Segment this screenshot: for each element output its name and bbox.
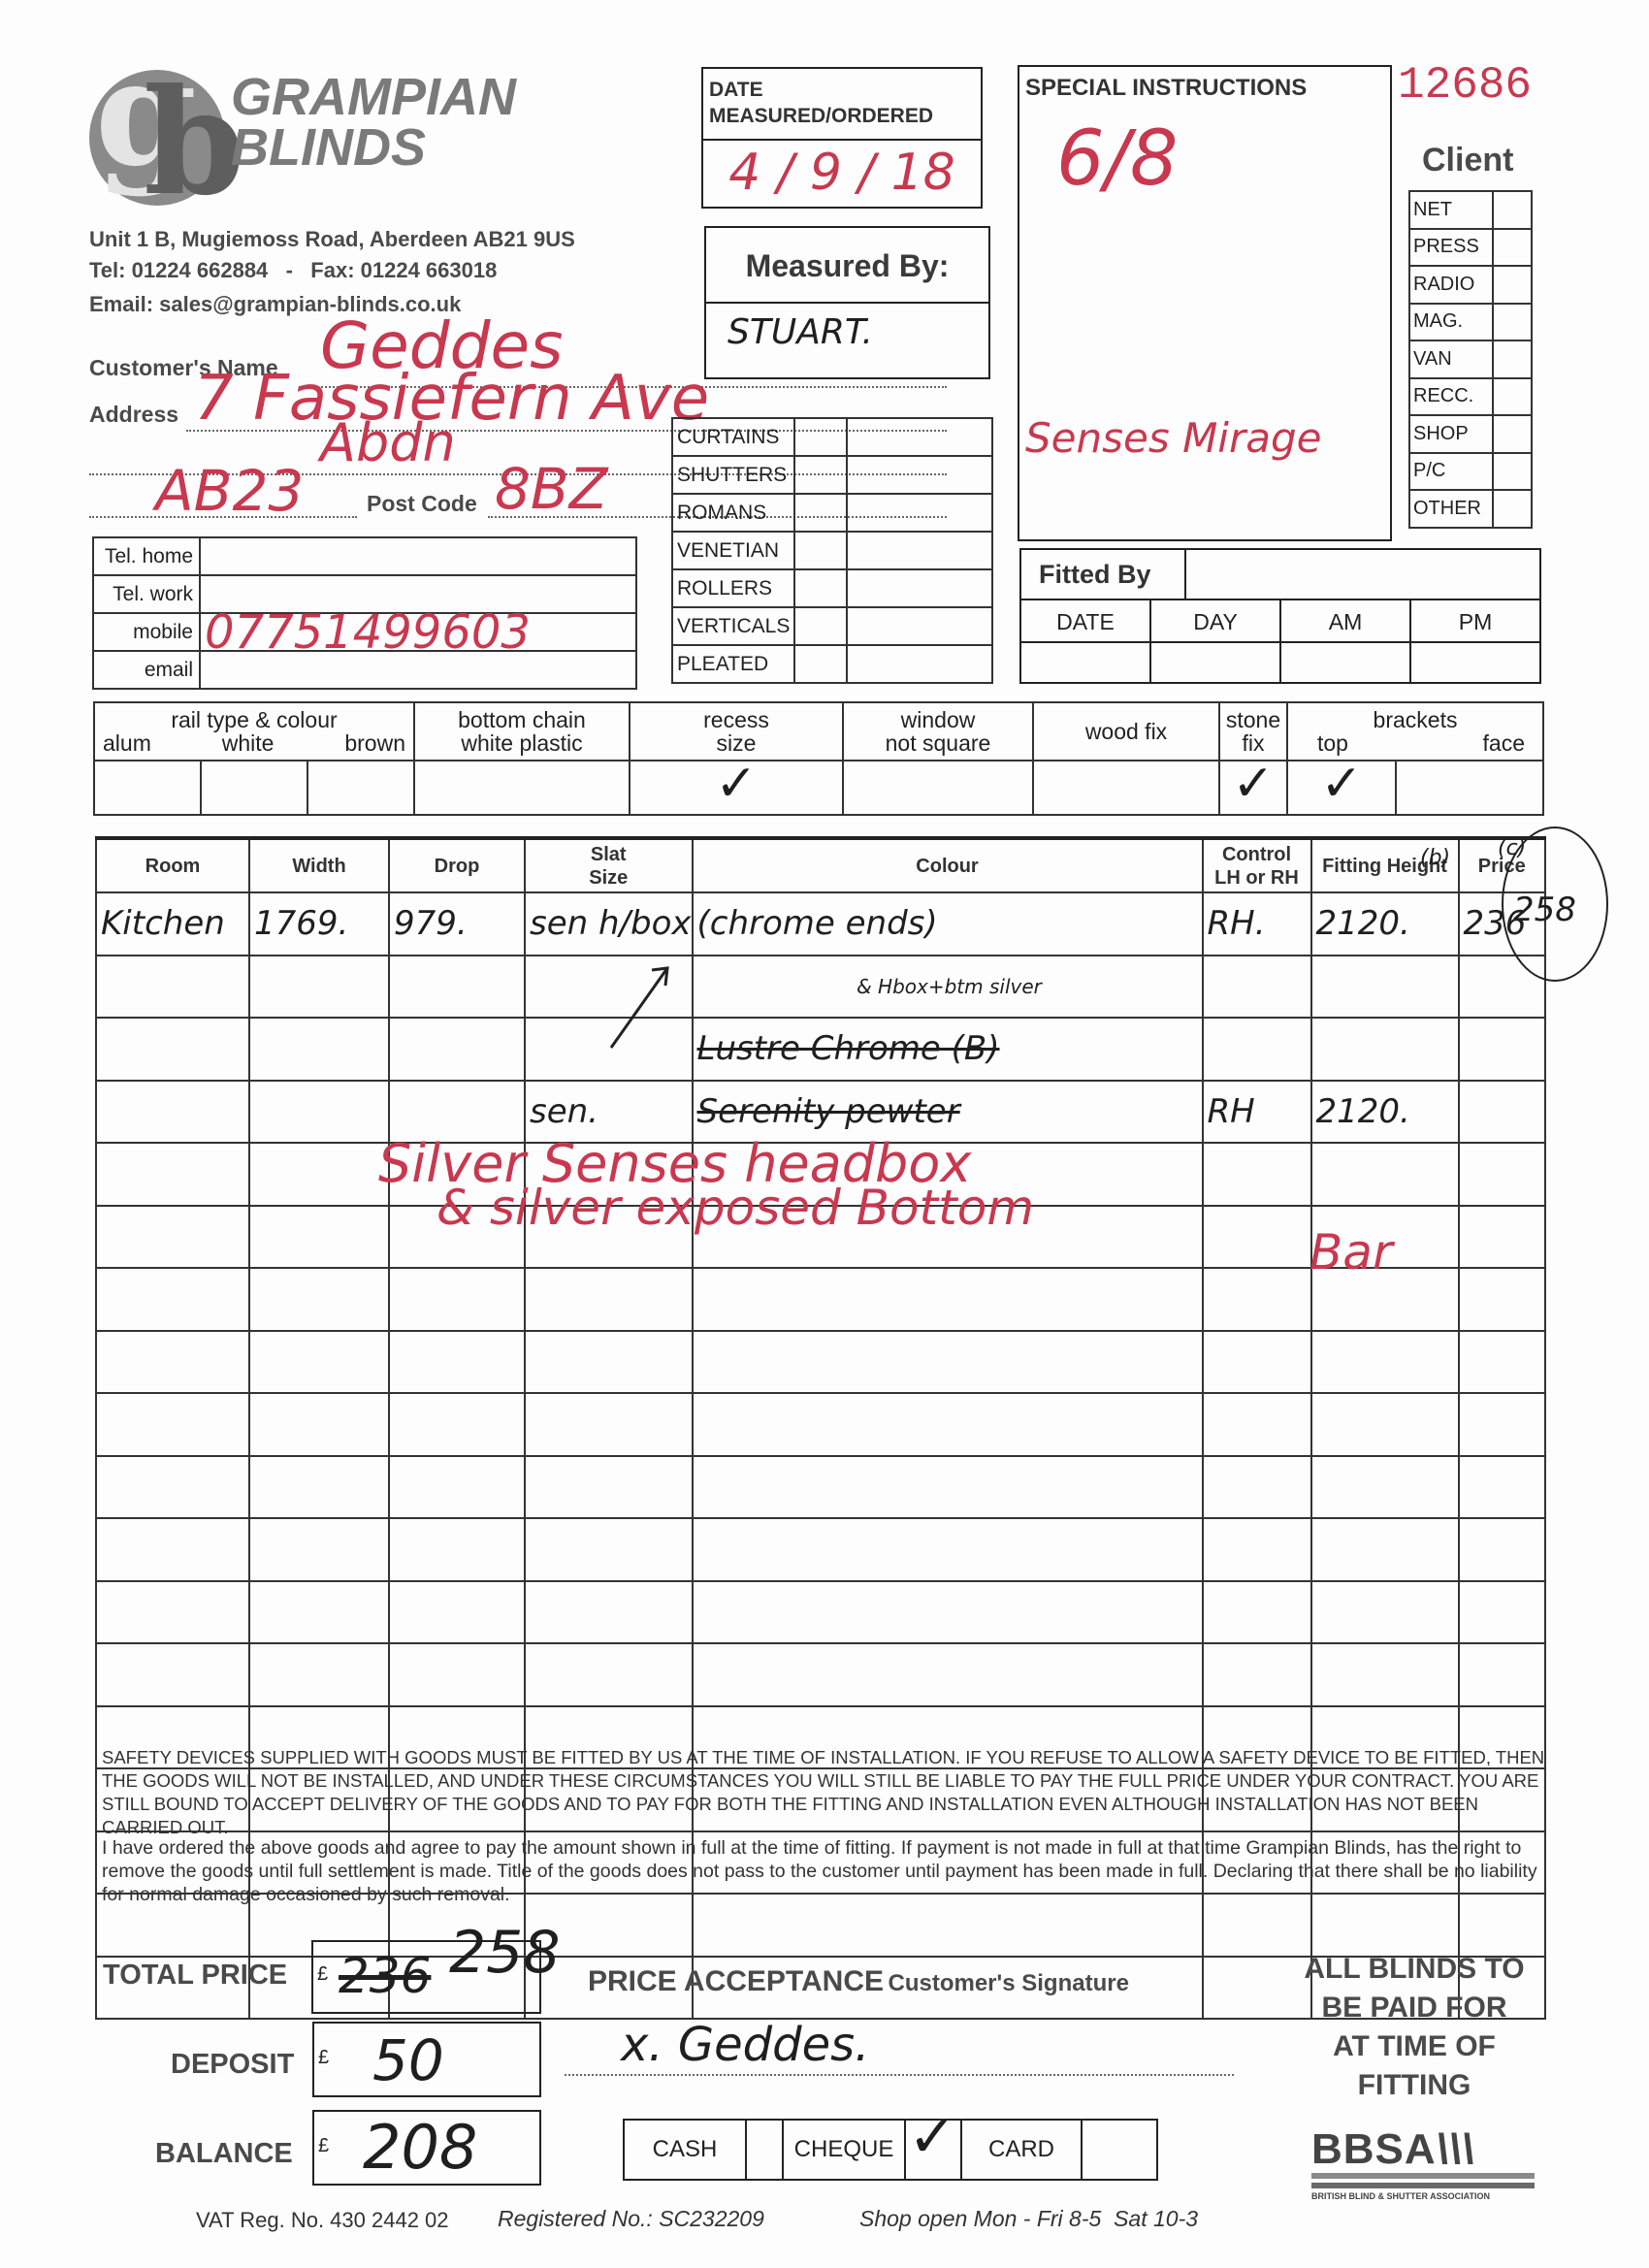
date-label: DATE bbox=[709, 77, 975, 103]
client-option-label: SHOP bbox=[1409, 415, 1493, 453]
product-type-label: PLEATED bbox=[672, 645, 794, 683]
cell-price[interactable] bbox=[1459, 1331, 1546, 1394]
contact-label: Tel. home bbox=[93, 537, 200, 575]
contact-row: mobile07751499603 bbox=[93, 613, 636, 651]
cell-width[interactable] bbox=[249, 1018, 389, 1081]
wood-fix-checkbox[interactable] bbox=[1033, 761, 1219, 815]
rail-alum-label: alum bbox=[103, 731, 151, 755]
client-label: Client bbox=[1422, 142, 1513, 179]
cell-fitting-height[interactable] bbox=[1311, 1456, 1459, 1519]
rail-alum-checkbox[interactable] bbox=[94, 761, 201, 815]
product-type-checkbox[interactable] bbox=[794, 494, 847, 532]
cell-fitting-height[interactable]: 2120. bbox=[1311, 1081, 1459, 1144]
client-option-row: P/C bbox=[1409, 453, 1532, 491]
cell-control[interactable] bbox=[1203, 1206, 1311, 1269]
special-instructions-note[interactable]: 6/8 bbox=[1056, 115, 1179, 203]
client-option-row: OTHER bbox=[1409, 490, 1532, 528]
cell-slat[interactable] bbox=[525, 1581, 693, 1644]
client-option-row: RADIO bbox=[1409, 266, 1532, 304]
cell-width[interactable] bbox=[249, 1206, 389, 1269]
brackets-top-checkbox[interactable]: ✓ bbox=[1287, 761, 1396, 815]
order-row bbox=[96, 1393, 1545, 1456]
measured-by-value[interactable]: STUART. bbox=[706, 304, 988, 362]
cell-control[interactable] bbox=[1203, 1518, 1311, 1581]
client-option-row: MAG. bbox=[1409, 304, 1532, 341]
cell-room[interactable] bbox=[96, 956, 249, 1019]
fitted-am-field[interactable] bbox=[1281, 643, 1411, 682]
cell-colour[interactable] bbox=[693, 1643, 1203, 1706]
cell-slat[interactable] bbox=[525, 1331, 693, 1394]
fitted-day-field[interactable] bbox=[1151, 643, 1281, 682]
fitted-pm-field[interactable] bbox=[1411, 643, 1539, 682]
cell-drop[interactable] bbox=[389, 1643, 525, 1706]
cell-width[interactable] bbox=[249, 1393, 389, 1456]
cell-price[interactable] bbox=[1459, 1393, 1546, 1456]
cell-room[interactable] bbox=[96, 1081, 249, 1144]
recess-size-checkbox[interactable]: ✓ bbox=[630, 761, 843, 815]
cell-room[interactable] bbox=[96, 1018, 249, 1081]
product-type-label: VENETIAN bbox=[672, 532, 794, 569]
contact-label: email bbox=[93, 651, 200, 689]
contact-row: Tel. home bbox=[93, 537, 636, 575]
payment-card-label: CARD bbox=[962, 2121, 1083, 2179]
client-source-table: NETPRESSRADIOMAG.VANRECC.SHOPP/COTHER bbox=[1408, 190, 1533, 529]
cell-room[interactable] bbox=[96, 1518, 249, 1581]
cell-drop[interactable] bbox=[389, 1331, 525, 1394]
rail-white-label: white bbox=[222, 731, 275, 755]
client-option-label: P/C bbox=[1409, 453, 1493, 491]
product-type-row: CURTAINS bbox=[672, 418, 992, 456]
cell-colour[interactable]: & Hbox+btm silver bbox=[693, 956, 1203, 1019]
options-table: rail type & colour alum white brown bott… bbox=[93, 701, 1544, 816]
balance-label: BALANCE bbox=[155, 2138, 293, 2170]
fitted-day-label: DAY bbox=[1151, 600, 1281, 641]
check-icon: ✓ bbox=[1320, 756, 1363, 812]
cell-fitting-height[interactable] bbox=[1311, 1581, 1459, 1644]
cell-room[interactable] bbox=[96, 1456, 249, 1519]
cell-fitting-height[interactable] bbox=[1311, 1393, 1459, 1456]
product-type-checkbox[interactable] bbox=[794, 456, 847, 494]
fitted-date-field[interactable] bbox=[1021, 643, 1151, 682]
product-type-row: SHUTTERS bbox=[672, 456, 992, 494]
product-type-notes[interactable] bbox=[847, 456, 992, 494]
registered-number: Registered No.: SC232209 bbox=[498, 2206, 764, 2232]
client-option-label: OTHER bbox=[1409, 490, 1493, 528]
col-slat-size: SlatSize bbox=[525, 838, 693, 892]
client-option-checkbox[interactable] bbox=[1493, 453, 1532, 491]
product-type-row: VENETIAN bbox=[672, 532, 992, 569]
cell-room[interactable] bbox=[96, 1143, 249, 1206]
payment-method-box: CASH CHEQUE ✓ CARD bbox=[623, 2119, 1158, 2181]
address-label: Address bbox=[89, 402, 178, 428]
company-phone: Tel: 01224 662884 - Fax: 01224 663018 bbox=[89, 258, 497, 283]
postcode-label: Post Code bbox=[367, 491, 477, 517]
cell-price[interactable] bbox=[1459, 1081, 1546, 1144]
product-type-checkbox[interactable] bbox=[794, 418, 847, 456]
cell-control[interactable] bbox=[1203, 1581, 1311, 1644]
price-alt-value[interactable]: 258 bbox=[1513, 891, 1576, 929]
product-type-notes[interactable] bbox=[847, 645, 992, 683]
cell-fitting-height[interactable] bbox=[1311, 956, 1459, 1019]
contact-value-field[interactable]: 07751499603 bbox=[200, 613, 636, 651]
rail-type-header: rail type & colour alum white brown bbox=[94, 702, 414, 761]
product-type-notes[interactable] bbox=[847, 418, 992, 456]
product-type-notes[interactable] bbox=[847, 569, 992, 607]
cell-width[interactable] bbox=[249, 1518, 389, 1581]
col-colour: Colour bbox=[693, 838, 1203, 892]
cell-colour[interactable] bbox=[693, 1268, 1203, 1331]
contact-table: Tel. homeTel. workmobile07751499603email bbox=[92, 536, 637, 690]
cell-control[interactable] bbox=[1203, 1018, 1311, 1081]
bbsa-wordmark: BBSA\\\ bbox=[1311, 2130, 1535, 2169]
cell-colour[interactable] bbox=[693, 1581, 1203, 1644]
fitted-by-value[interactable] bbox=[1186, 550, 1539, 599]
bbsa-tagline: BRITISH BLIND & SHUTTER ASSOCIATION bbox=[1311, 2191, 1535, 2201]
cell-drop[interactable] bbox=[389, 1456, 525, 1519]
address-line-3[interactable]: AB23 bbox=[155, 458, 304, 524]
cell-drop[interactable] bbox=[389, 1393, 525, 1456]
product-type-checkbox[interactable] bbox=[794, 607, 847, 645]
cell-control[interactable] bbox=[1203, 1393, 1311, 1456]
special-instructions-box: SPECIAL INSTRUCTIONS 6/8 Senses Mirage bbox=[1018, 65, 1392, 541]
cell-control[interactable] bbox=[1203, 956, 1311, 1019]
recess-size-header: recesssize bbox=[630, 702, 843, 761]
cell-width[interactable] bbox=[249, 1581, 389, 1644]
col-control: ControlLH or RH bbox=[1203, 838, 1311, 892]
cell-room[interactable] bbox=[96, 1331, 249, 1394]
cell-price[interactable] bbox=[1459, 1018, 1546, 1081]
window-not-square-checkbox[interactable] bbox=[843, 761, 1033, 815]
product-type-row: VERTICALS bbox=[672, 607, 992, 645]
check-icon: ✓ bbox=[1232, 756, 1275, 812]
fitted-am-label: AM bbox=[1281, 600, 1411, 641]
cell-fitting-height[interactable] bbox=[1311, 1518, 1459, 1581]
client-option-label: VAN bbox=[1409, 340, 1493, 378]
cell-room[interactable] bbox=[96, 1643, 249, 1706]
product-type-notes[interactable] bbox=[847, 532, 992, 569]
client-option-row: PRESS bbox=[1409, 229, 1532, 267]
brackets-header: brackets topface bbox=[1287, 702, 1543, 761]
product-type-row: PLEATED bbox=[672, 645, 992, 683]
product-type-checkbox[interactable] bbox=[794, 532, 847, 569]
rail-brown-checkbox[interactable] bbox=[307, 761, 414, 815]
client-option-row: RECC. bbox=[1409, 378, 1532, 416]
cell-slat[interactable] bbox=[525, 1393, 693, 1456]
cell-price[interactable] bbox=[1459, 1581, 1546, 1644]
client-option-label: MAG. bbox=[1409, 304, 1493, 341]
postcode-value[interactable]: 8BZ bbox=[495, 456, 607, 522]
cell-drop[interactable] bbox=[389, 956, 525, 1019]
cell-width[interactable] bbox=[249, 1456, 389, 1519]
cell-colour[interactable]: (chrome ends) bbox=[693, 892, 1203, 956]
fitted-by-label: Fitted By bbox=[1021, 550, 1186, 599]
product-type-row: ROLLERS bbox=[672, 569, 992, 607]
currency-symbol: £ bbox=[318, 2047, 329, 2069]
order-row: Lustre Chrome (B) bbox=[96, 1018, 1545, 1081]
cell-fitting-height[interactable] bbox=[1311, 1643, 1459, 1706]
order-row: Kitchen1769.979.sen h/box(chrome ends)RH… bbox=[96, 892, 1545, 956]
client-option-checkbox[interactable] bbox=[1493, 378, 1532, 416]
cell-colour[interactable]: Lustre Chrome (B) bbox=[693, 1018, 1203, 1081]
client-option-checkbox[interactable] bbox=[1493, 340, 1532, 378]
company-address: Unit 1 B, Mugiemoss Road, Aberdeen AB21 … bbox=[89, 227, 575, 252]
date-value[interactable]: 4 / 9 / 18 bbox=[703, 141, 981, 205]
cell-width[interactable] bbox=[249, 956, 389, 1019]
cell-price[interactable] bbox=[1459, 1643, 1546, 1706]
cell-price[interactable] bbox=[1459, 1456, 1546, 1519]
measured-by-box: Measured By: STUART. bbox=[704, 226, 990, 379]
deposit-field[interactable]: £ 50 bbox=[312, 2022, 541, 2097]
cell-colour[interactable] bbox=[693, 1331, 1203, 1394]
cell-drop[interactable] bbox=[389, 1018, 525, 1081]
price-mark-b: (b) bbox=[1420, 846, 1450, 870]
total-price-field[interactable]: £ 236 258 bbox=[311, 1940, 541, 2014]
fitted-pm-label: PM bbox=[1411, 600, 1539, 641]
address-line-2[interactable]: Abdn bbox=[320, 412, 456, 473]
cell-width[interactable] bbox=[249, 1081, 389, 1144]
product-type-notes[interactable] bbox=[847, 607, 992, 645]
cell-colour[interactable] bbox=[693, 1456, 1203, 1519]
cell-control[interactable] bbox=[1203, 1643, 1311, 1706]
deposit-value: 50 bbox=[372, 2027, 444, 2093]
bottom-chain-header: bottom chainwhite plastic bbox=[414, 702, 630, 761]
fitted-date-label: DATE bbox=[1021, 600, 1151, 641]
product-type-label: CURTAINS bbox=[672, 418, 794, 456]
brackets-top-label: top bbox=[1317, 731, 1348, 755]
order-row bbox=[96, 1581, 1545, 1644]
cell-room[interactable] bbox=[96, 1393, 249, 1456]
client-option-label: RADIO bbox=[1409, 266, 1493, 304]
product-type-label: VERTICALS bbox=[672, 607, 794, 645]
total-price-struck: 236 bbox=[339, 1948, 431, 2004]
check-icon: ✓ bbox=[715, 756, 758, 812]
product-type-checkbox[interactable] bbox=[794, 569, 847, 607]
shop-hours: Shop open Mon - Fri 8-5 Sat 10-3 bbox=[859, 2206, 1198, 2232]
cell-drop[interactable] bbox=[389, 1581, 525, 1644]
order-row bbox=[96, 1456, 1545, 1519]
cell-control[interactable]: RH. bbox=[1203, 892, 1311, 956]
company-name: GRAMPIAN BLINDS bbox=[231, 72, 516, 173]
cell-control[interactable] bbox=[1203, 1143, 1311, 1206]
client-option-row: VAN bbox=[1409, 340, 1532, 378]
total-price-value: 258 bbox=[449, 1919, 561, 1987]
customer-signature[interactable]: x. Geddes. bbox=[621, 2018, 869, 2072]
contact-label: Tel. work bbox=[93, 575, 200, 613]
cell-colour[interactable] bbox=[693, 1393, 1203, 1456]
total-price-label: TOTAL PRICE bbox=[103, 1960, 287, 1992]
product-type-label: ROLLERS bbox=[672, 569, 794, 607]
cell-width[interactable]: 1769. bbox=[249, 892, 389, 956]
order-row bbox=[96, 1331, 1545, 1394]
cell-fitting-height[interactable]: 2120. bbox=[1311, 892, 1459, 956]
arrow-icon bbox=[601, 960, 679, 1057]
client-option-checkbox[interactable] bbox=[1493, 304, 1532, 341]
client-option-checkbox[interactable] bbox=[1493, 490, 1532, 528]
brackets-face-checkbox[interactable] bbox=[1396, 761, 1543, 815]
stone-fix-checkbox[interactable]: ✓ bbox=[1219, 761, 1287, 815]
cell-slat[interactable] bbox=[525, 1643, 693, 1706]
stone-fix-header: stonefix bbox=[1219, 702, 1287, 761]
agreement-terms: I have ordered the above goods and agree… bbox=[102, 1836, 1557, 1906]
cell-room[interactable] bbox=[96, 1268, 249, 1331]
contact-value-field[interactable] bbox=[200, 537, 636, 575]
date-label-sub: MEASURED/ORDERED bbox=[709, 103, 975, 129]
currency-symbol: £ bbox=[318, 2135, 329, 2157]
payment-cheque-checkbox[interactable]: ✓ bbox=[906, 2121, 962, 2179]
red-note-line3: Bar bbox=[1309, 1224, 1393, 1280]
order-number: 12686 bbox=[1398, 60, 1532, 111]
date-box: DATE MEASURED/ORDERED 4 / 9 / 18 bbox=[701, 67, 983, 209]
product-type-label: SHUTTERS bbox=[672, 456, 794, 494]
special-instructions-label: SPECIAL INSTRUCTIONS bbox=[1019, 67, 1390, 110]
payment-cash-checkbox[interactable] bbox=[747, 2121, 784, 2179]
balance-value: 208 bbox=[363, 2112, 477, 2183]
cell-fitting-height[interactable] bbox=[1311, 1143, 1459, 1206]
window-not-square-header: windownot square bbox=[843, 702, 1033, 761]
cell-width[interactable] bbox=[249, 1643, 389, 1706]
price-acceptance-heading: PRICE ACCEPTANCE Customer's Signature bbox=[588, 1965, 1129, 1998]
bbsa-logo: BBSA\\\ BRITISH BLIND & SHUTTER ASSOCIAT… bbox=[1311, 2130, 1535, 2201]
cell-slat[interactable] bbox=[525, 1456, 693, 1519]
product-type-notes[interactable] bbox=[847, 494, 992, 532]
cell-fitting-height[interactable] bbox=[1311, 1331, 1459, 1394]
check-icon: ✓ bbox=[908, 2103, 956, 2171]
cell-drop[interactable] bbox=[389, 1518, 525, 1581]
cell-control[interactable] bbox=[1203, 1331, 1311, 1394]
order-row bbox=[96, 1643, 1545, 1706]
cell-room[interactable] bbox=[96, 1581, 249, 1644]
cell-control[interactable] bbox=[1203, 1456, 1311, 1519]
cell-price[interactable] bbox=[1459, 1206, 1546, 1269]
cell-drop[interactable]: 979. bbox=[389, 892, 525, 956]
product-type-row: ROMANS bbox=[672, 494, 992, 532]
client-option-checkbox[interactable] bbox=[1493, 266, 1532, 304]
client-option-label: RECC. bbox=[1409, 378, 1493, 416]
cell-control[interactable] bbox=[1203, 1268, 1311, 1331]
payment-cheque-label: CHEQUE bbox=[784, 2121, 906, 2179]
brackets-face-label: face bbox=[1483, 731, 1525, 755]
client-option-label: PRESS bbox=[1409, 229, 1493, 267]
cell-colour[interactable] bbox=[693, 1518, 1203, 1581]
measured-by-label: Measured By: bbox=[706, 228, 988, 304]
deposit-label: DEPOSIT bbox=[171, 2049, 294, 2081]
cell-price[interactable] bbox=[1459, 1518, 1546, 1581]
client-option-checkbox[interactable] bbox=[1493, 229, 1532, 267]
rail-white-checkbox[interactable] bbox=[201, 761, 307, 815]
payment-card-checkbox[interactable] bbox=[1083, 2121, 1156, 2179]
cell-price[interactable] bbox=[1459, 1268, 1546, 1331]
cell-room[interactable] bbox=[96, 1206, 249, 1269]
contact-label: mobile bbox=[93, 613, 200, 651]
bottom-chain-checkbox[interactable] bbox=[414, 761, 630, 815]
cell-width[interactable] bbox=[249, 1268, 389, 1331]
cell-drop[interactable] bbox=[389, 1268, 525, 1331]
special-instructions-product[interactable]: Senses Mirage bbox=[1025, 414, 1321, 462]
product-type-table: CURTAINSSHUTTERSROMANSVENETIANROLLERSVER… bbox=[671, 417, 993, 684]
rail-brown-label: brown bbox=[344, 731, 405, 755]
cell-slat[interactable] bbox=[525, 1518, 693, 1581]
red-note-line2: & silver exposed Bottom bbox=[436, 1180, 1034, 1236]
col-room: Room bbox=[96, 838, 249, 892]
fitted-by-box: Fitted By DATE DAY AM PM bbox=[1019, 548, 1541, 684]
client-option-label: NET bbox=[1409, 191, 1493, 229]
client-option-checkbox[interactable] bbox=[1493, 191, 1532, 229]
payment-cash-label: CASH bbox=[625, 2121, 747, 2179]
cell-width[interactable] bbox=[249, 1331, 389, 1394]
col-width: Width bbox=[249, 838, 389, 892]
currency-symbol: £ bbox=[317, 1963, 328, 1986]
order-row: & Hbox+btm silver bbox=[96, 956, 1545, 1019]
cell-slat[interactable] bbox=[525, 1268, 693, 1331]
client-option-row: NET bbox=[1409, 191, 1532, 229]
cell-width[interactable] bbox=[249, 1143, 389, 1206]
client-option-checkbox[interactable] bbox=[1493, 415, 1532, 453]
client-option-row: SHOP bbox=[1409, 415, 1532, 453]
cell-price[interactable] bbox=[1459, 1143, 1546, 1206]
balance-field[interactable]: £ 208 bbox=[312, 2110, 541, 2186]
cell-fitting-height[interactable] bbox=[1311, 1018, 1459, 1081]
product-type-label: ROMANS bbox=[672, 494, 794, 532]
col-drop: Drop bbox=[389, 838, 525, 892]
payment-notice: ALL BLINDS TO BE PAID FOR AT TIME OF FIT… bbox=[1278, 1950, 1550, 2105]
safety-terms: SAFETY DEVICES SUPPLIED WITH GOODS MUST … bbox=[102, 1746, 1557, 1839]
vat-number: VAT Reg. No. 430 2442 02 bbox=[196, 2208, 449, 2233]
order-row bbox=[96, 1518, 1545, 1581]
cell-room[interactable]: Kitchen bbox=[96, 892, 249, 956]
wood-fix-header: wood fix bbox=[1033, 702, 1219, 761]
cell-control[interactable]: RH bbox=[1203, 1081, 1311, 1144]
product-type-checkbox[interactable] bbox=[794, 645, 847, 683]
cell-slat[interactable]: sen h/box bbox=[525, 892, 693, 956]
